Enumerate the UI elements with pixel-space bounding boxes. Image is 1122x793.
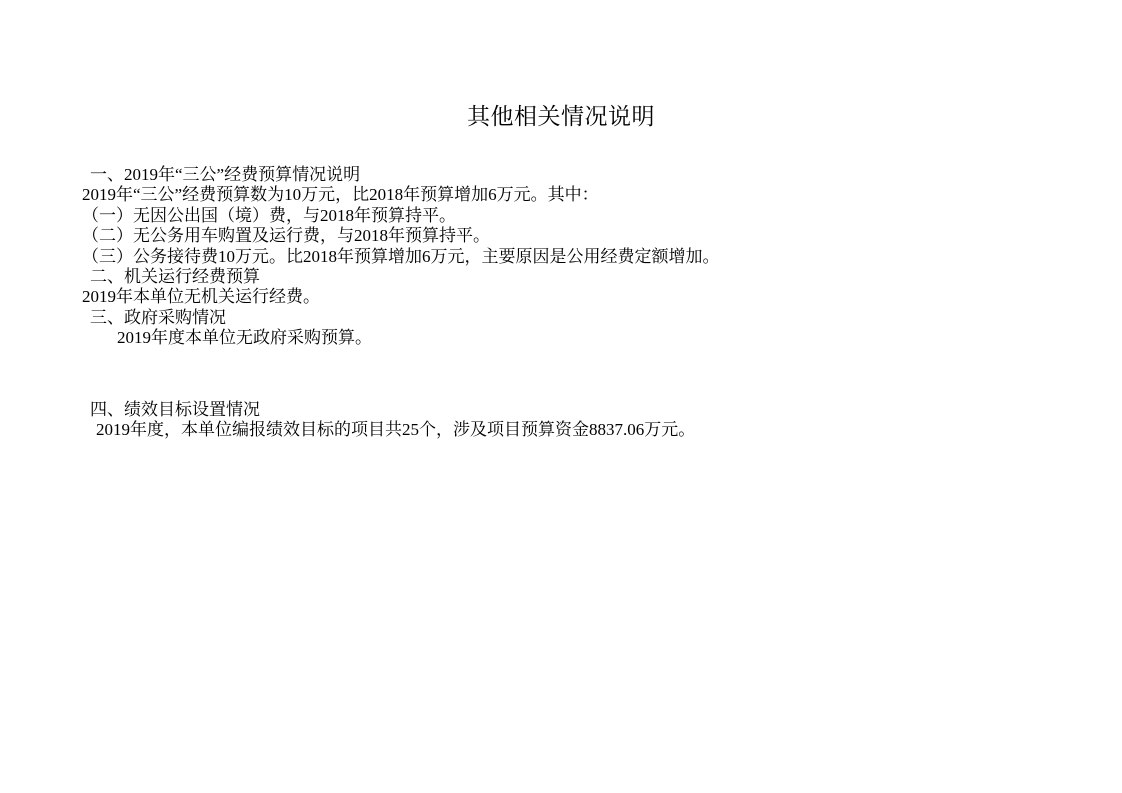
- document-title: 其他相关情况说明: [0, 104, 1122, 129]
- section-1-summary: 2019年“三公”经费预算数为10万元，比2018年预算增加6万元。其中：: [82, 185, 1082, 205]
- section-1-item-1: （一）无因公出国（境）费，与2018年预算持平。: [82, 206, 1082, 226]
- section-4-heading: 四、绩效目标设置情况: [82, 400, 1082, 420]
- document-body: 一、2019年“三公”经费预算情况说明 2019年“三公”经费预算数为10万元，…: [82, 165, 1082, 440]
- document-page: 其他相关情况说明 一、2019年“三公”经费预算情况说明 2019年“三公”经费…: [0, 0, 1122, 793]
- section-2-heading: 二、机关运行经费预算: [82, 267, 1082, 287]
- section-2-body: 2019年本单位无机关运行经费。: [82, 287, 1082, 307]
- section-1-item-3: （三）公务接待费10万元。比2018年预算增加6万元，主要原因是公用经费定额增加…: [82, 247, 1082, 267]
- section-4-body: 2019年度，本单位编报绩效目标的项目共25个，涉及项目预算资金8837.06万…: [82, 420, 1082, 440]
- section-3-body: 2019年度本单位无政府采购预算。: [82, 328, 1082, 348]
- section-1-heading: 一、2019年“三公”经费预算情况说明: [82, 165, 1082, 185]
- section-3-heading: 三、政府采购情况: [82, 308, 1082, 328]
- section-1-item-2: （二）无公务用车购置及运行费，与2018年预算持平。: [82, 226, 1082, 246]
